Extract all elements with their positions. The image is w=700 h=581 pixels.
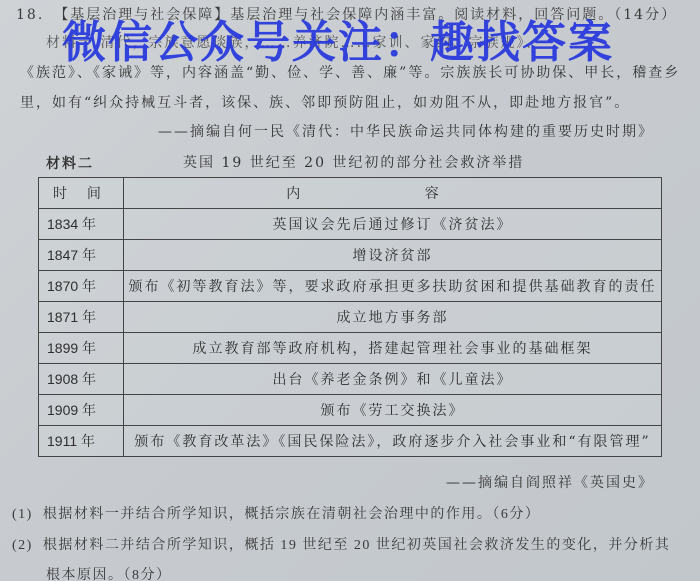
sub-question-text: 根据材料二并结合所学知识，概括 19 世纪至 20 世纪初英国社会救济发生的变化… <box>43 538 671 553</box>
table-row: 1899 年 成立教育部等政府机构，搭建起管理社会事业的基础框架 <box>39 333 662 364</box>
row-content: 颁布《教育改革法》《国民保险法》，政府逐步介入社会事业和“有限管理” <box>124 426 662 457</box>
sub-question-text: 根据材料一并结合所学知识，概括宗族在清朝社会治理中的作用。（6分） <box>43 507 541 522</box>
table-row: 1847 年 增设济贫部 <box>39 240 662 271</box>
sub-question-1: (1) 根据材料一并结合所学知识，概括宗族在清朝社会治理中的作用。（6分） <box>12 503 540 523</box>
material-one-line-3: 里，如有“纠众持械互斗者，该保、族、邻即预防阻止，如劝阻不从，即赴地方报官”。 <box>20 92 630 112</box>
row-content: 颁布《劳工交换法》 <box>124 395 662 426</box>
table-row: 1871 年 成立地方事务部 <box>39 302 662 333</box>
row-content: 成立地方事务部 <box>124 302 662 333</box>
row-content: 成立教育部等政府机构，搭建起管理社会事业的基础框架 <box>124 333 662 364</box>
row-content: 英国议会先后通过修订《济贫法》 <box>124 209 662 240</box>
table-row: 1870 年 颁布《初等教育法》等，要求政府承担更多扶助贫困和提供基础教育的责任 <box>39 271 662 302</box>
row-content: 颁布《初等教育法》等，要求政府承担更多扶助贫困和提供基础教育的责任 <box>124 271 662 302</box>
material-two-label: 材料二 <box>46 153 94 173</box>
row-year: 1899 年 <box>39 333 124 364</box>
header-time: 时 间 <box>39 178 124 209</box>
row-year: 1908 年 <box>39 364 124 395</box>
sub-question-number: (2) <box>12 538 33 553</box>
row-year: 1870 年 <box>39 271 124 302</box>
row-content: 出台《养老金条例》和《儿童法》 <box>124 364 662 395</box>
table-header-row: 时 间 内 容 <box>39 178 662 209</box>
row-year: 1834 年 <box>39 209 124 240</box>
material-two-title: 英国 19 世纪至 20 世纪初的部分社会救济举措 <box>183 152 524 172</box>
row-content: 增设济贫部 <box>124 240 662 271</box>
header-content: 内 容 <box>124 178 662 209</box>
material-two-source: ——摘编自阎照祥《英国史》 <box>446 472 654 492</box>
row-year: 1909 年 <box>39 395 124 426</box>
sub-question-2-continued: 根本原因。（8分） <box>46 564 172 581</box>
social-relief-table: 时 间 内 容 1834 年 英国议会先后通过修订《济贫法》 1847 年 增设… <box>38 177 662 457</box>
exam-page: 18.【基层治理与社会保障】基层治理与社会保障内涵丰富。阅读材料，回答问题。（1… <box>0 0 700 581</box>
table-row: 1908 年 出台《养老金条例》和《儿童法》 <box>39 364 662 395</box>
watermark-overlay: 微信公众号关注：趣找答案 <box>62 6 614 70</box>
sub-question-2: (2) 根据材料二并结合所学知识，概括 19 世纪至 20 世纪初英国社会救济发… <box>12 534 670 554</box>
table-row: 1911 年 颁布《教育改革法》《国民保险法》，政府逐步介入社会事业和“有限管理… <box>39 426 662 457</box>
sub-question-number: (1) <box>12 507 33 522</box>
question-number: 18. <box>16 7 44 23</box>
row-year: 1871 年 <box>39 302 124 333</box>
material-one-source: ——摘编自何一民《清代：中华民族命运共同体构建的重要历史时期》 <box>158 121 654 141</box>
row-year: 1847 年 <box>39 240 124 271</box>
table-row: 1909 年 颁布《劳工交换法》 <box>39 395 662 426</box>
row-year: 1911 年 <box>39 426 124 457</box>
table-row: 1834 年 英国议会先后通过修订《济贫法》 <box>39 209 662 240</box>
